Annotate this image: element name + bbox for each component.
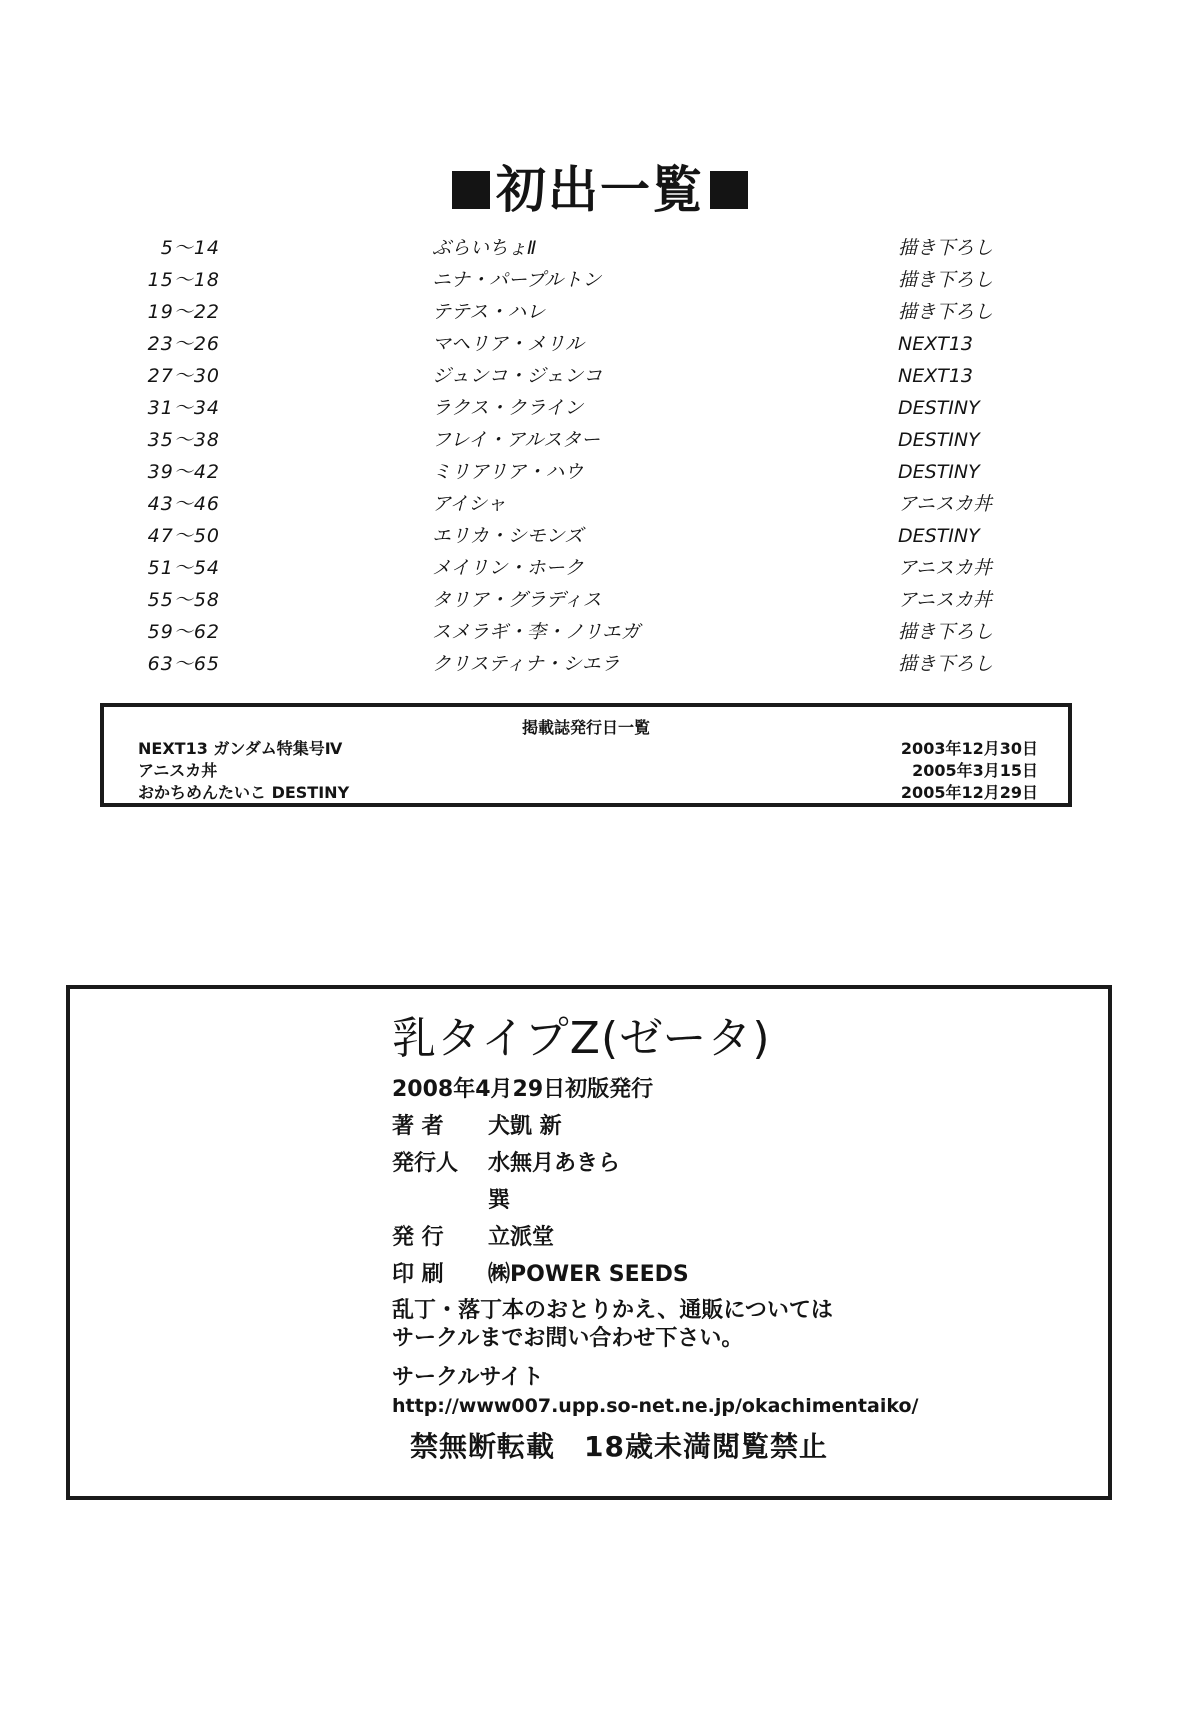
publisher-person-label: 発行人 (392, 1149, 488, 1179)
story-title: フレイ・アルスター (432, 424, 600, 456)
note-line-2: サークルまでお問い合わせ下さい。 (392, 1325, 743, 1353)
story-source: アニスカ丼 (898, 488, 992, 520)
publisher-person-name: 水無月あきら (488, 1151, 620, 1176)
heading-title: 初出一覧 (496, 161, 704, 219)
story-title: ミリアリア・ハウ (432, 456, 583, 488)
publisher-person-line: 発行人水無月あきら (392, 1149, 620, 1179)
list-item: 55〜58タリア・グラディスアニスカ丼 (0, 584, 1200, 616)
page-range: 31〜34 (130, 392, 220, 424)
list-item: 39〜42ミリアリア・ハウDESTINY (0, 456, 1200, 488)
author-line: 著 者犬凱 新 (392, 1112, 562, 1142)
publication-name: NEXT13 ガンダム特集号Ⅳ (138, 737, 342, 761)
list-item: 47〜50エリカ・シモンズDESTINY (0, 520, 1200, 552)
story-source: NEXT13 (898, 360, 973, 392)
story-source: アニスカ丼 (898, 584, 992, 616)
page-range: 43〜46 (130, 488, 220, 520)
story-title: アイシャ (432, 488, 506, 520)
story-source: 描き下ろし (898, 648, 993, 680)
story-source: 描き下ろし (898, 296, 993, 328)
page-range: 47〜50 (130, 520, 220, 552)
list-item: 19〜22テテス・ハレ描き下ろし (0, 296, 1200, 328)
story-source: DESTINY (898, 392, 980, 424)
story-source: 描き下ろし (898, 264, 993, 296)
first-appearance-list: 5〜14ぶらいちょⅡ描き下ろし 15〜18ニナ・パープルトン描き下ろし 19〜2… (0, 232, 1200, 680)
story-source: DESTINY (898, 520, 980, 552)
page-range: 51〜54 (130, 552, 220, 584)
page-range: 5〜14 (130, 232, 220, 264)
list-item: 43〜46アイシャアニスカ丼 (0, 488, 1200, 520)
list-item: 23〜26マヘリア・メリルNEXT13 (0, 328, 1200, 360)
story-title: エリカ・シモンズ (432, 520, 583, 552)
story-title: ラクス・クライン (432, 392, 583, 424)
colophon-box: 乳タイプZ(ゼータ) 2008年4月29日初版発行 著 者犬凱 新 発行人水無月… (66, 985, 1112, 1500)
story-title: ニナ・パープルトン (432, 264, 601, 296)
publication-date: 2005年3月15日 (912, 759, 1038, 783)
story-title: スメラギ・李・ノリエガ (432, 616, 640, 648)
page-range: 35〜38 (130, 424, 220, 456)
story-title: テテス・ハレ (432, 296, 545, 328)
publisher-person-name: 巽 (488, 1188, 510, 1213)
publication-row: おかちめんたいこ DESTINY 2005年12月29日 (138, 781, 1038, 805)
publisher-name: 立派堂 (488, 1225, 554, 1250)
printer-line: 印 刷㈱POWER SEEDS (392, 1260, 689, 1290)
publication-name: アニスカ丼 (138, 759, 217, 783)
publication-dates-title: 掲載誌発行日一覧 (104, 715, 1068, 738)
first-edition-date: 2008年4月29日初版発行 (392, 1075, 653, 1105)
publication-row: アニスカ丼 2005年3月15日 (138, 759, 1038, 783)
black-square-icon (452, 171, 490, 209)
list-item: 5〜14ぶらいちょⅡ描き下ろし (0, 232, 1200, 264)
printer-label: 印 刷 (392, 1260, 488, 1290)
publication-dates-box: 掲載誌発行日一覧 NEXT13 ガンダム特集号Ⅳ 2003年12月30日 アニス… (100, 703, 1072, 807)
story-source: 描き下ろし (898, 616, 993, 648)
reproduction-warning: 禁無断転載 18歳未満閲覧禁止 (410, 1429, 828, 1465)
publication-date: 2005年12月29日 (901, 781, 1038, 805)
publication-date: 2003年12月30日 (901, 737, 1038, 761)
story-title: マヘリア・メリル (432, 328, 584, 360)
publisher-line: 発 行立派堂 (392, 1223, 554, 1253)
story-title: ジュンコ・ジェンコ (432, 360, 602, 392)
list-item: 27〜30ジュンコ・ジェンコNEXT13 (0, 360, 1200, 392)
author-label: 著 者 (392, 1112, 488, 1142)
list-item: 59〜62スメラギ・李・ノリエガ描き下ろし (0, 616, 1200, 648)
page-range: 55〜58 (130, 584, 220, 616)
story-source: DESTINY (898, 424, 980, 456)
list-item: 35〜38フレイ・アルスターDESTINY (0, 424, 1200, 456)
page-range: 59〜62 (130, 616, 220, 648)
circle-site-label: サークルサイト (392, 1364, 544, 1392)
publication-row: NEXT13 ガンダム特集号Ⅳ 2003年12月30日 (138, 737, 1038, 761)
book-title: 乳タイプZ(ゼータ) (392, 1011, 771, 1067)
story-source: 描き下ろし (898, 232, 993, 264)
list-item: 51〜54メイリン・ホークアニスカ丼 (0, 552, 1200, 584)
story-source: DESTINY (898, 456, 980, 488)
list-item: 63〜65クリスティナ・シエラ描き下ろし (0, 648, 1200, 680)
story-title: メイリン・ホーク (432, 552, 584, 584)
publisher-label: 発 行 (392, 1223, 488, 1253)
black-square-icon (710, 171, 748, 209)
page-range: 39〜42 (130, 456, 220, 488)
page-range: 15〜18 (130, 264, 220, 296)
story-title: タリア・グラディス (432, 584, 601, 616)
author-name: 犬凱 新 (488, 1114, 562, 1139)
page-range: 63〜65 (130, 648, 220, 680)
page-range: 27〜30 (130, 360, 220, 392)
list-item: 31〜34ラクス・クラインDESTINY (0, 392, 1200, 424)
page-heading: 初出一覧 (0, 160, 1200, 220)
story-title: ぶらいちょⅡ (432, 232, 536, 264)
story-title: クリスティナ・シエラ (432, 648, 620, 680)
circle-site-url[interactable]: http://www007.upp.so-net.ne.jp/okachimen… (392, 1393, 918, 1419)
story-source: NEXT13 (898, 328, 973, 360)
page-range: 23〜26 (130, 328, 220, 360)
publisher-person-line-2: 巽 (392, 1186, 510, 1216)
story-source: アニスカ丼 (898, 552, 992, 584)
publication-name: おかちめんたいこ DESTINY (138, 781, 349, 805)
printer-name: ㈱POWER SEEDS (488, 1262, 689, 1287)
page-range: 19〜22 (130, 296, 220, 328)
note-line-1: 乱丁・落丁本のおとりかえ、通販については (392, 1297, 833, 1325)
list-item: 15〜18ニナ・パープルトン描き下ろし (0, 264, 1200, 296)
